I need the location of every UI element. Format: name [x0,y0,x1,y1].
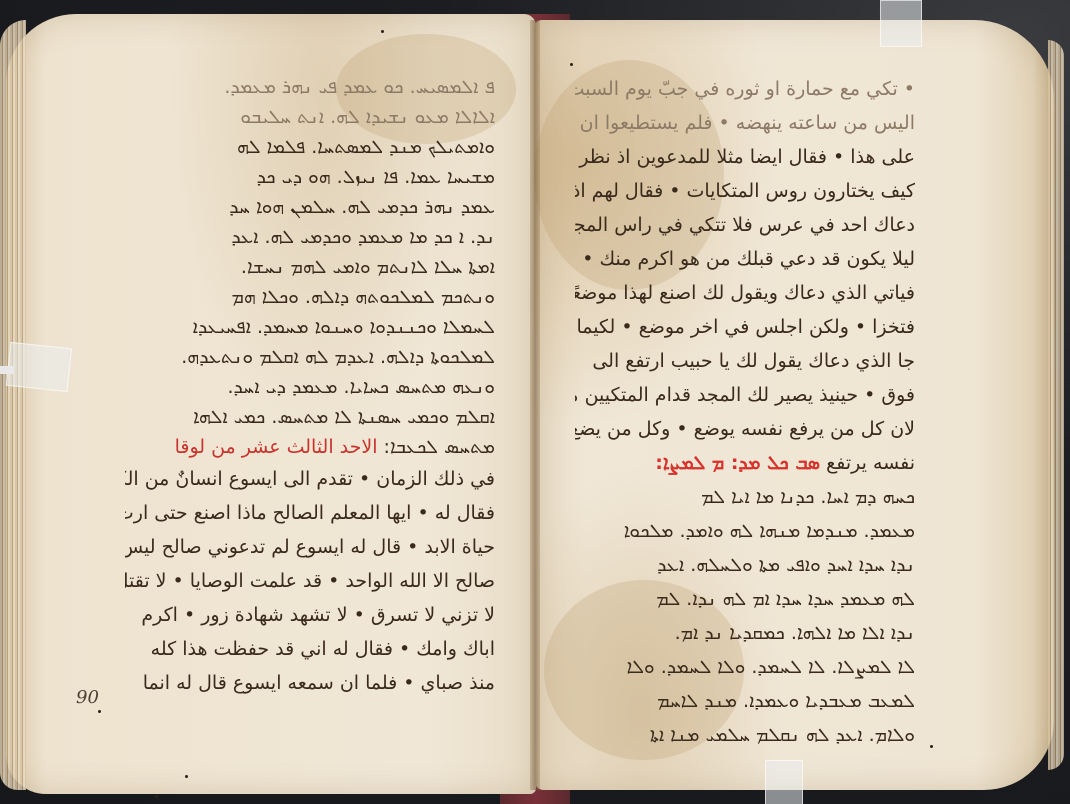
text-line: فوق • حينيذ يصير لك المجد قدام المتكيين … [575,378,915,412]
ink-speck [930,745,933,748]
text-line: اليس من ساعته ينهضه • فلم يستطيعوا ان يج… [575,106,915,140]
rubric-heading: ܣܒ ܟܠ ܡܕ: ܡ ܠܡܨܐ: [655,452,820,474]
text-line: ܠܗ ܡܥܡܕ ܚܕܐ ܚܕܐ ܐܡ ܠܗ ܢܕܐ. ܠܡ [575,582,915,616]
ink-speck [381,30,384,33]
text-line: لا تزني لا تسرق • لا تشهد شهادة زور • اك… [125,598,495,632]
text-line: • تكي مع حمارة او ثوره في جبّ يوم السبت [575,72,915,106]
clip-pin [0,366,14,374]
left-page-edges [0,20,26,790]
text-line: صالح الا الله الواحد • قد علمت الوصايا •… [125,564,495,598]
text-line: ܘܐܡܬܝܠܟ ܡܢܕ ܠܡܣܬܚܐ. ܦܠܡܐ ܠܗ [125,132,495,162]
text-line: ليلا يكون قد دعي قبلك من هو اكرم منك • [575,242,915,276]
text-line: ܦ ܐܠܡܣܝܚ. ܟܘ ܥܡܕ ܦܝ ܢܗܪ ܡܥܡܕ. [125,72,495,102]
page-clip-left [6,342,72,392]
text-line: ܟܚܗ ܕܡ ܐܚܐ. ܟܕܢܐ ܡܐ ܐܝܐ ܠܡ [575,480,915,514]
text-line: ܢܕܐ ܚܕܐ ܐܚܕ ܘܐܦܝ ܡܬܐ ܘܠܚܠܗ. ܐܥܕ [575,548,915,582]
text-line: في ذلك الزمان • تقدم الى ايسوع انسانٌ من… [125,462,495,496]
text-line: دعاك احد في عرس فلا تتكي في راس المجلس [575,208,915,242]
text-line: ܢܕܐ ܐܠܐ ܡܐ ܐܠܗܐ. ܟܡܩܕܝܐ ܢܕ ܐܡ. [575,616,915,650]
manuscript-photo: ܦ ܐܠܡܣܝܚ. ܟܘ ܥܡܕ ܦܝ ܢܗܪ ܡܥܡܕ. ܐܠܐܠܐ ܡܥܘ … [0,0,1070,804]
text-line: ܥܡܕ ܢܗܪ ܟܕܡܝ ܠܗ. ܚܠܡܢ ܗܘܐ ܚܕ [125,192,495,222]
text-line-with-rubric: نفسه يرتفع ܣܒ ܟܠ ܡܕ: ܡ ܠܡܨܐ: [575,446,915,480]
page-clip-top [880,0,922,47]
text-line: ܡܫܝܚܐ ܥܡܐ. ܦܐ ܢܝܙܠ. ܗܘ ܕܝ ܟܕ [125,162,495,192]
text-line: فتخزا • ولكن اجلس في اخر موضع • لكيما اذ… [575,310,915,344]
text-line: منذ صباي • فلما ان سمعه ايسوع قال له انم… [125,666,495,700]
text-line: ܠܐ ܠܡܨܠܐ. ܠܐ ܠܚܡܕ. ܘܠܐ ܠܚܡܕ. ܘܠܐ [575,650,915,684]
rubric-heading: الاحد الثالث عشر من لوقا [175,436,378,458]
text-line: اباك وامك • فقال له اني قد حفظت هذا كله [125,632,495,666]
text-segment: ܡܬܚܣ ܠܟܥܒܐ: [384,436,495,458]
text-line: فياتي الذي دعاك ويقول لك اصنع لهذا موضعً… [575,276,915,310]
text-line: ܠܚܡܠܐ ܘܟܢܢܕܘܐ ܘܚܢܘܐ ܡܚܡܕ. ܐܦܚܝܥܕܐ [125,312,495,342]
text-line: على هذا • فقال ايضا مثلا للمدعوين اذ نظر [575,140,915,174]
text-line: ܐܡܬܐ ܚܠܐ ܠܐܢܬܡ ܘܐܡܝ ܠܗܡ ܢܚܫܐ. [125,252,495,282]
text-line: ܐܩܠܡ ܘܟܡܝ ܚܣܢܬܐ ܠܐ ܡܬܚܣ. ܟܡܝ ܐܠܗܐ [125,402,495,432]
page-clip-bottom [765,760,803,804]
text-line: ܠܡܠܟܘܬܐ ܕܐܠܗ. ܐܥܕܡ ܠܗ ܐܩܠܡ ܘܢܬܥܕܗ. [125,342,495,372]
right-page-text: • تكي مع حمارة او ثوره في جبّ يوم السبت … [575,72,915,752]
text-line: ܠܡܥܒ ܡܥܒܕܝܐ ܘܥܡܕܐ. ܡܢܕ ܠܐܚܡ [575,684,915,718]
text-line: ܘܢܬܟܡ ܠܡܠܟܘܬܗ ܕܐܠܗ. ܘܟܠܐ ܗܡ [125,282,495,312]
text-line: ܘܠܐܡ. ܐܥܕ ܠܗ ܢܩܠܡ ܚܠܡܝ ܡܢܐ ܐܬܐ [575,718,915,752]
text-line: جا الذي دعاك يقول لك يا حبيب ارتفع الى [575,344,915,378]
text-line: ܢܕ. ܐ ܟܕ ܡܐ ܡܥܡܕ ܘܟܕܡܝ ܠܗ. ܐܥܕ [125,222,495,252]
book-gutter [530,20,540,790]
text-line: لان كل من يرفع نفسه يوضع • وكل من يضع [575,412,915,446]
ink-speck [570,63,573,66]
right-page-edges [1048,40,1064,770]
left-page-text: ܦ ܐܠܡܣܝܚ. ܟܘ ܥܡܕ ܦܝ ܢܗܪ ܡܥܡܕ. ܐܠܐܠܐ ܡܥܘ … [125,72,495,700]
text-line: حياة الابد • قال له ايسوع لم تدعوني صالح… [125,530,495,564]
text-line: ܘܢܥܗ ܡܬܚܣ ܟܚܐܝܐ. ܡܥܡܕ ܕܝ ܐܚܕ. [125,372,495,402]
text-segment: نفسه يرتفع [826,452,915,474]
text-line: كيف يختارون روس المتكايات • فقال لهم اذا [575,174,915,208]
text-line: ܐܠܐܠܐ ܡܥܘ ܢܫܝܕܐ ܠܗ. ܐܢܬ ܚܠܝܒܘ [125,102,495,132]
ink-speck [155,795,158,798]
text-line-with-rubric: ܡܬܚܣ ܠܟܥܒܐ: الاحد الثالث عشر من لوقا [125,432,495,462]
text-line: فقال له • ايها المعلم الصالح ماذا اصنع ح… [125,496,495,530]
ink-speck [98,710,101,713]
ink-speck [185,775,188,778]
folio-number: 90 [76,687,99,708]
text-line: ܡܥܡܕ. ܡܢܕܡܐ ܡܢܗܐ ܠܗ ܘܐܡܕ. ܡܠܟܘܐ [575,514,915,548]
